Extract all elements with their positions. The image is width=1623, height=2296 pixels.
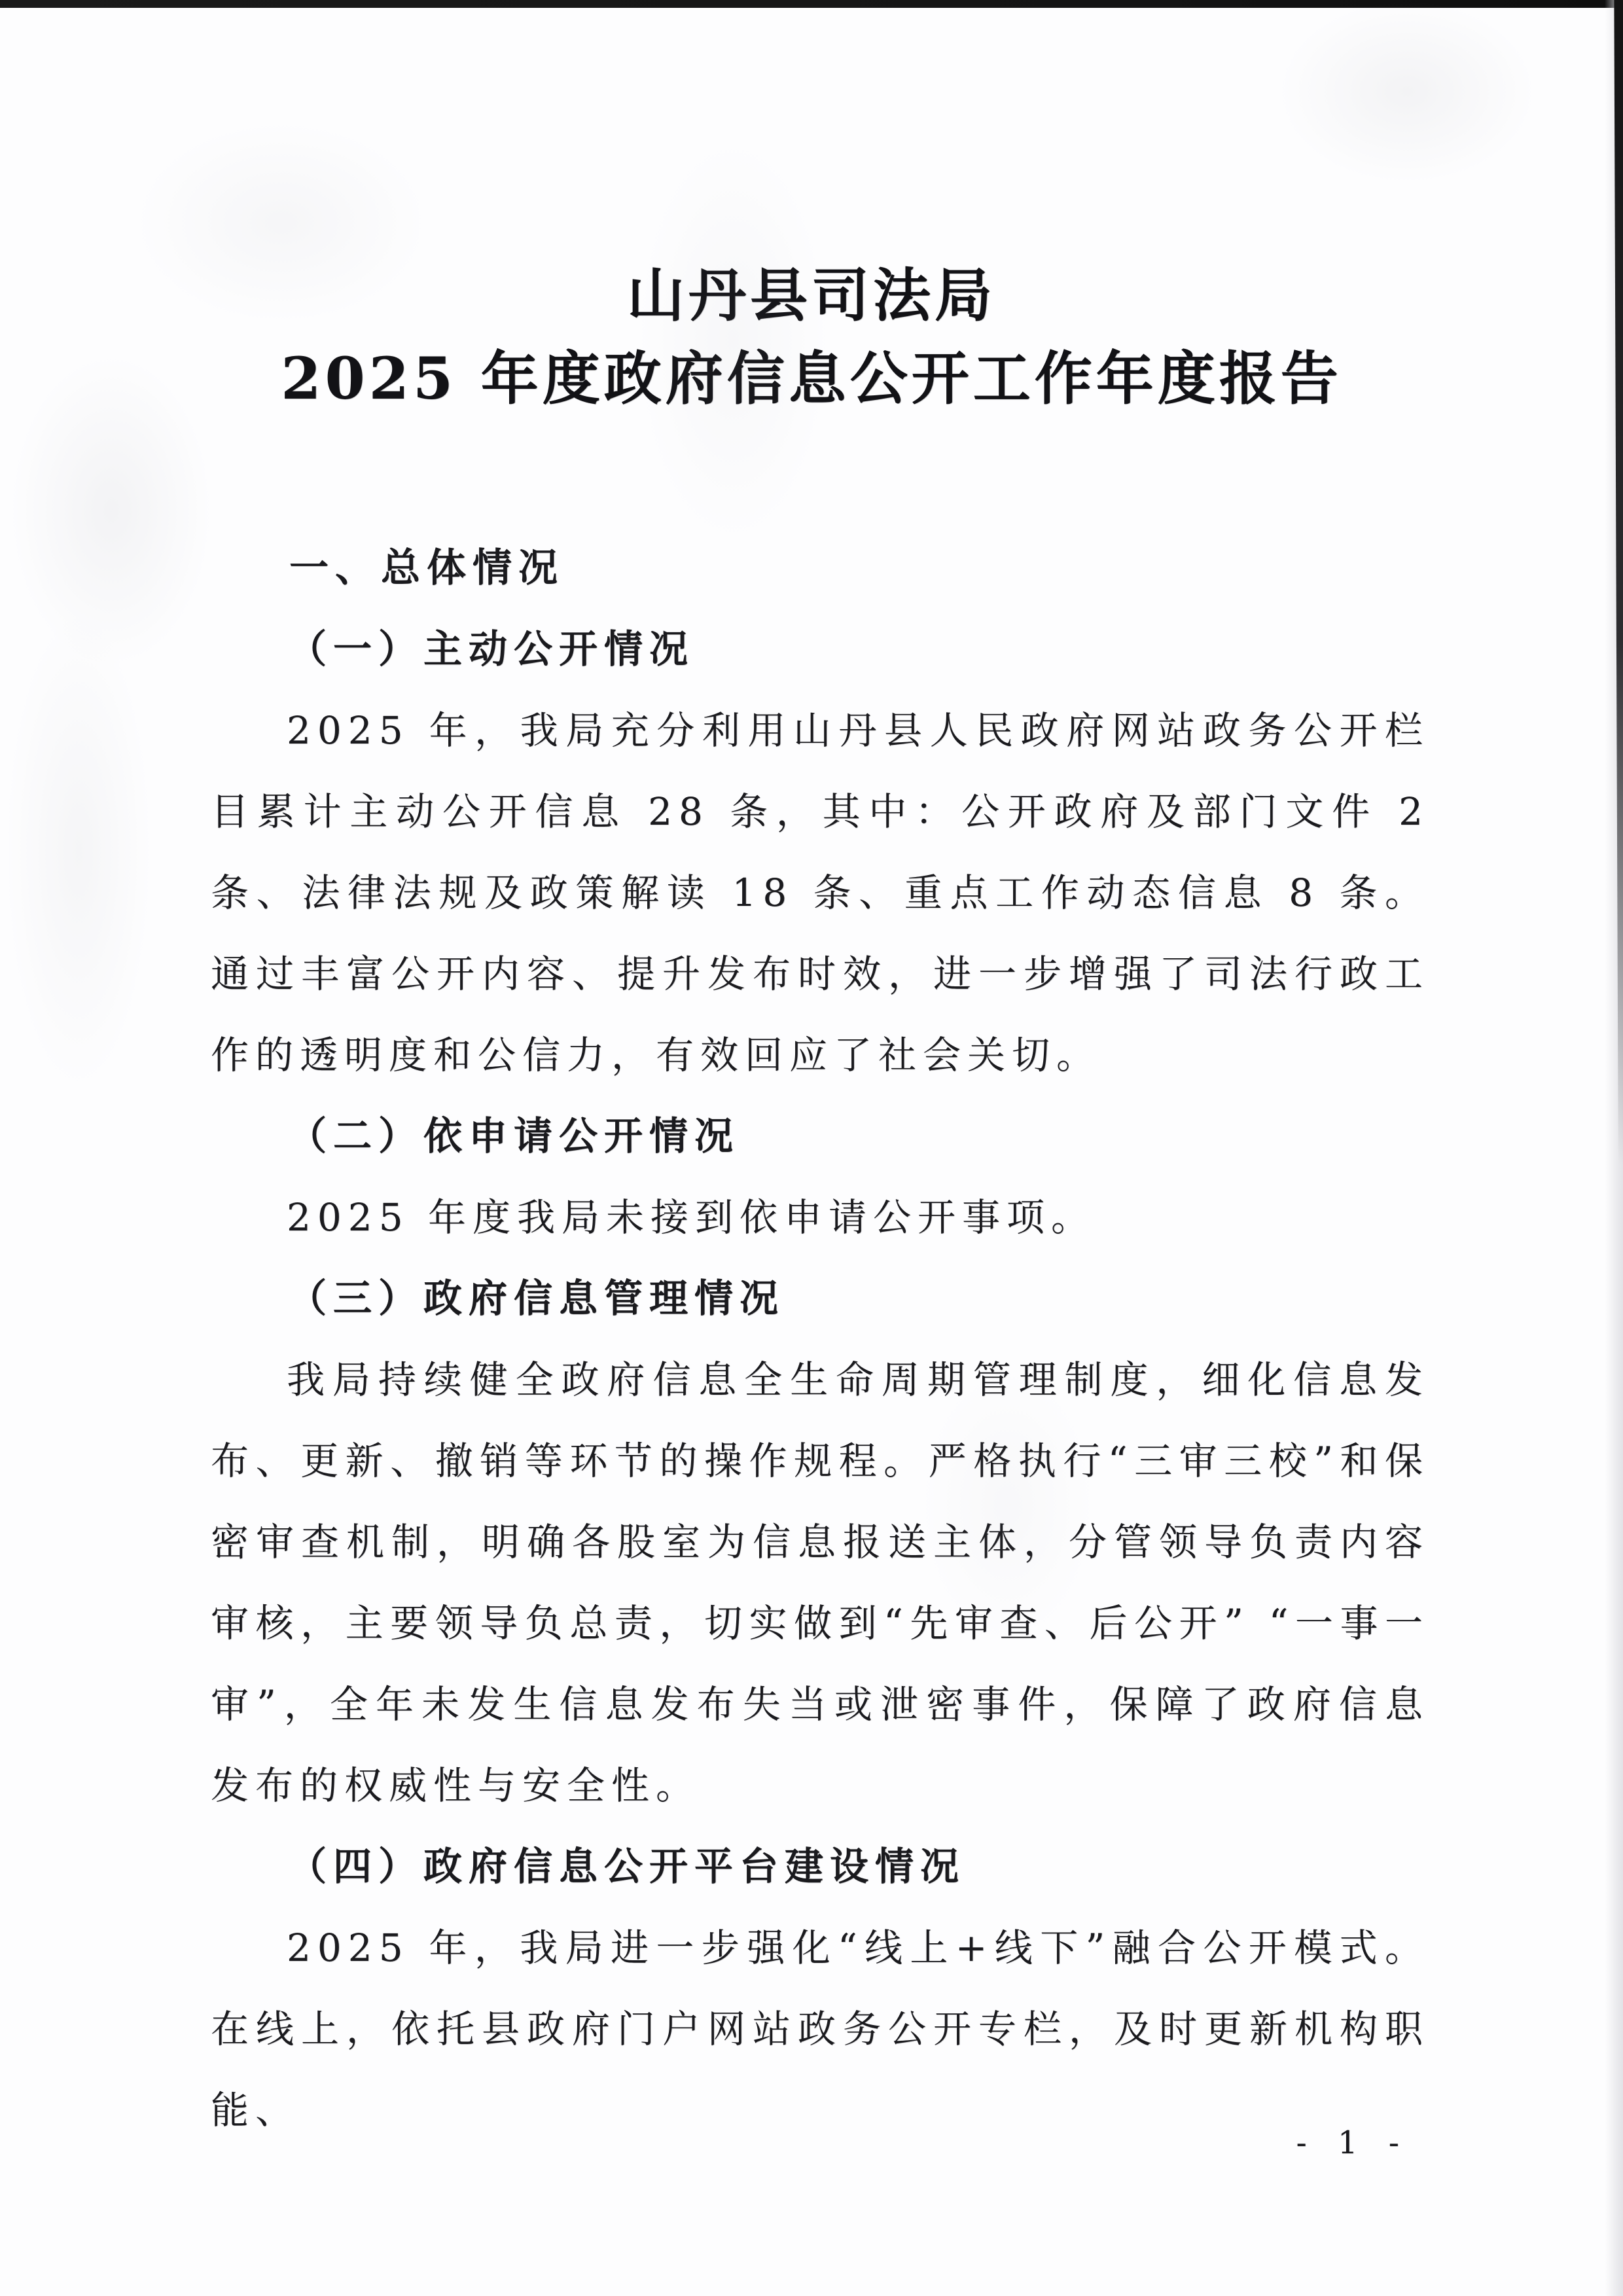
document-title-line2: 2025 年度政府信息公开工作年度报告 (0, 337, 1623, 420)
scanned-document-page: 山丹县司法局 2025 年度政府信息公开工作年度报告 一、总体情况 （一）主动公… (0, 0, 1623, 2296)
document-title: 山丹县司法局 2025 年度政府信息公开工作年度报告 (0, 254, 1623, 420)
subsection-heading-4: （四）政府信息公开平台建设情况 (211, 1826, 1429, 1907)
document-title-line1: 山丹县司法局 (0, 254, 1623, 337)
subsection-heading-3: （三）政府信息管理情况 (211, 1258, 1429, 1339)
page-number: - 1 - (1296, 2125, 1410, 2161)
scan-top-edge-artifact (0, 0, 1623, 8)
paragraph-platform-construction: 2025 年，我局进一步强化“线上+线下”融合公开模式。在线上，依托县政府门户网… (211, 1907, 1429, 2151)
document-body: 一、总体情况 （一）主动公开情况 2025 年，我局充分利用山丹县人民政府网站政… (211, 528, 1429, 2151)
paragraph-proactive-disclosure: 2025 年，我局充分利用山丹县人民政府网站政务公开栏目累计主动公开信息 28 … (211, 690, 1429, 1096)
paragraph-request-disclosure: 2025 年度我局未接到依申请公开事项。 (211, 1177, 1429, 1258)
section-heading-overall: 一、总体情况 (211, 528, 1429, 609)
paragraph-information-management: 我局持续健全政府信息全生命周期管理制度，细化信息发布、更新、撤销等环节的操作规程… (211, 1339, 1429, 1826)
subsection-heading-1: （一）主动公开情况 (211, 609, 1429, 690)
subsection-heading-2: （二）依申请公开情况 (211, 1096, 1429, 1177)
